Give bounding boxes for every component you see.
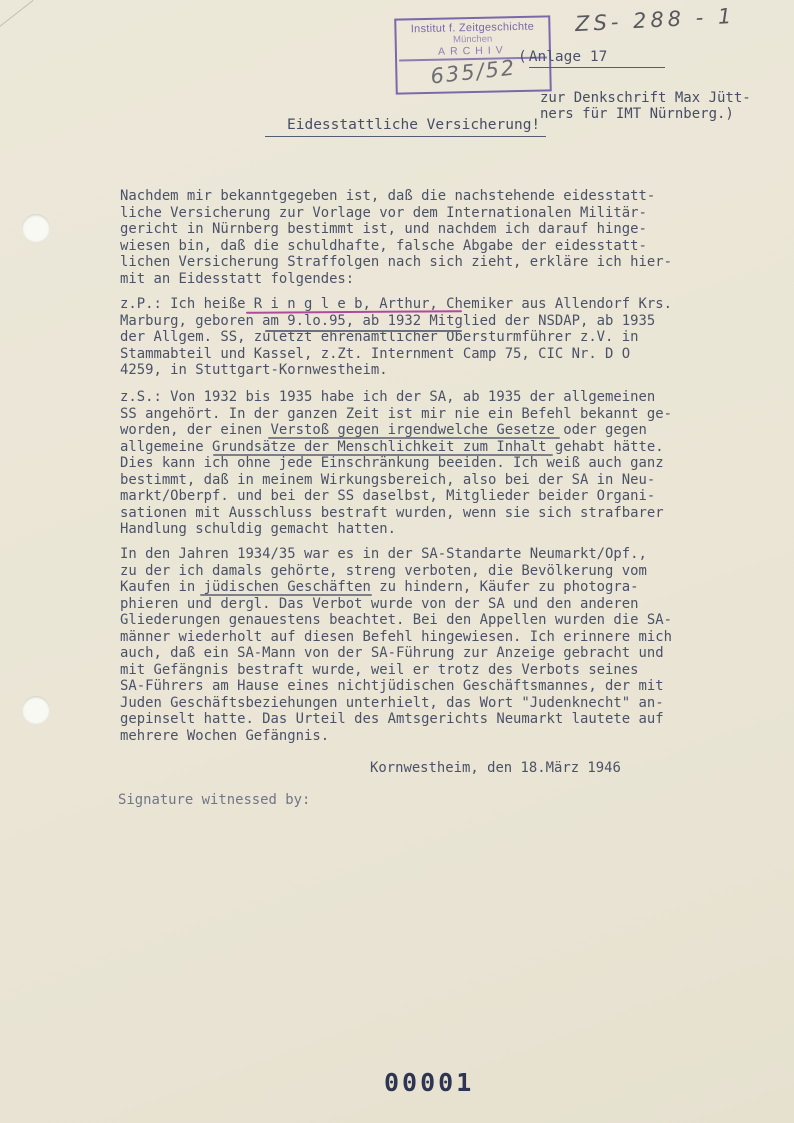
place-date-line: Kornwestheim, den 18.März 1946 [370, 760, 621, 776]
memo-reference-line2: ners für IMT Nürnberg.) [540, 107, 751, 123]
pencil-underline-menschlichkeit [213, 454, 553, 456]
annex-paren: ( [518, 49, 527, 65]
underline-birthdate-1932 [265, 330, 462, 332]
corner-fold-mark [0, 0, 33, 29]
document-title: Eidesstattliche Versicherung! [265, 117, 546, 137]
paragraph-sa-standarte: In den Jahren 1934/35 war es in der SA-S… [120, 546, 695, 744]
pencil-underline-juedische-geschaefte [200, 594, 372, 596]
memo-reference-line1: zur Denkschrift Max Jütt- [540, 91, 751, 107]
annex-label: Anlage 17 [529, 49, 666, 68]
annex-note: (Anlage 17 [518, 49, 665, 68]
document-page: Institut f. Zeitgeschichte München ARCHI… [0, 0, 794, 1123]
paragraph-statement: z.S.: Von 1932 bis 1935 habe ich der SA,… [120, 389, 695, 538]
signature-witness-line: Signature witnessed by: [118, 792, 310, 808]
memo-reference-note: zur Denkschrift Max Jütt- ners für IMT N… [540, 91, 751, 122]
pencil-underline-verstoss-gesetze [268, 437, 560, 439]
handwritten-reference: ZS- 288 - 1 [574, 4, 735, 36]
paragraph-person: z.P.: Ich heiße R i n g l e b, Arthur, C… [120, 296, 695, 379]
punch-hole [22, 696, 50, 724]
paragraph-preamble: Nachdem mir bekanntgegeben ist, daß die … [120, 188, 695, 287]
stamped-page-number: 00001 [384, 1068, 474, 1097]
punch-hole [22, 214, 50, 242]
